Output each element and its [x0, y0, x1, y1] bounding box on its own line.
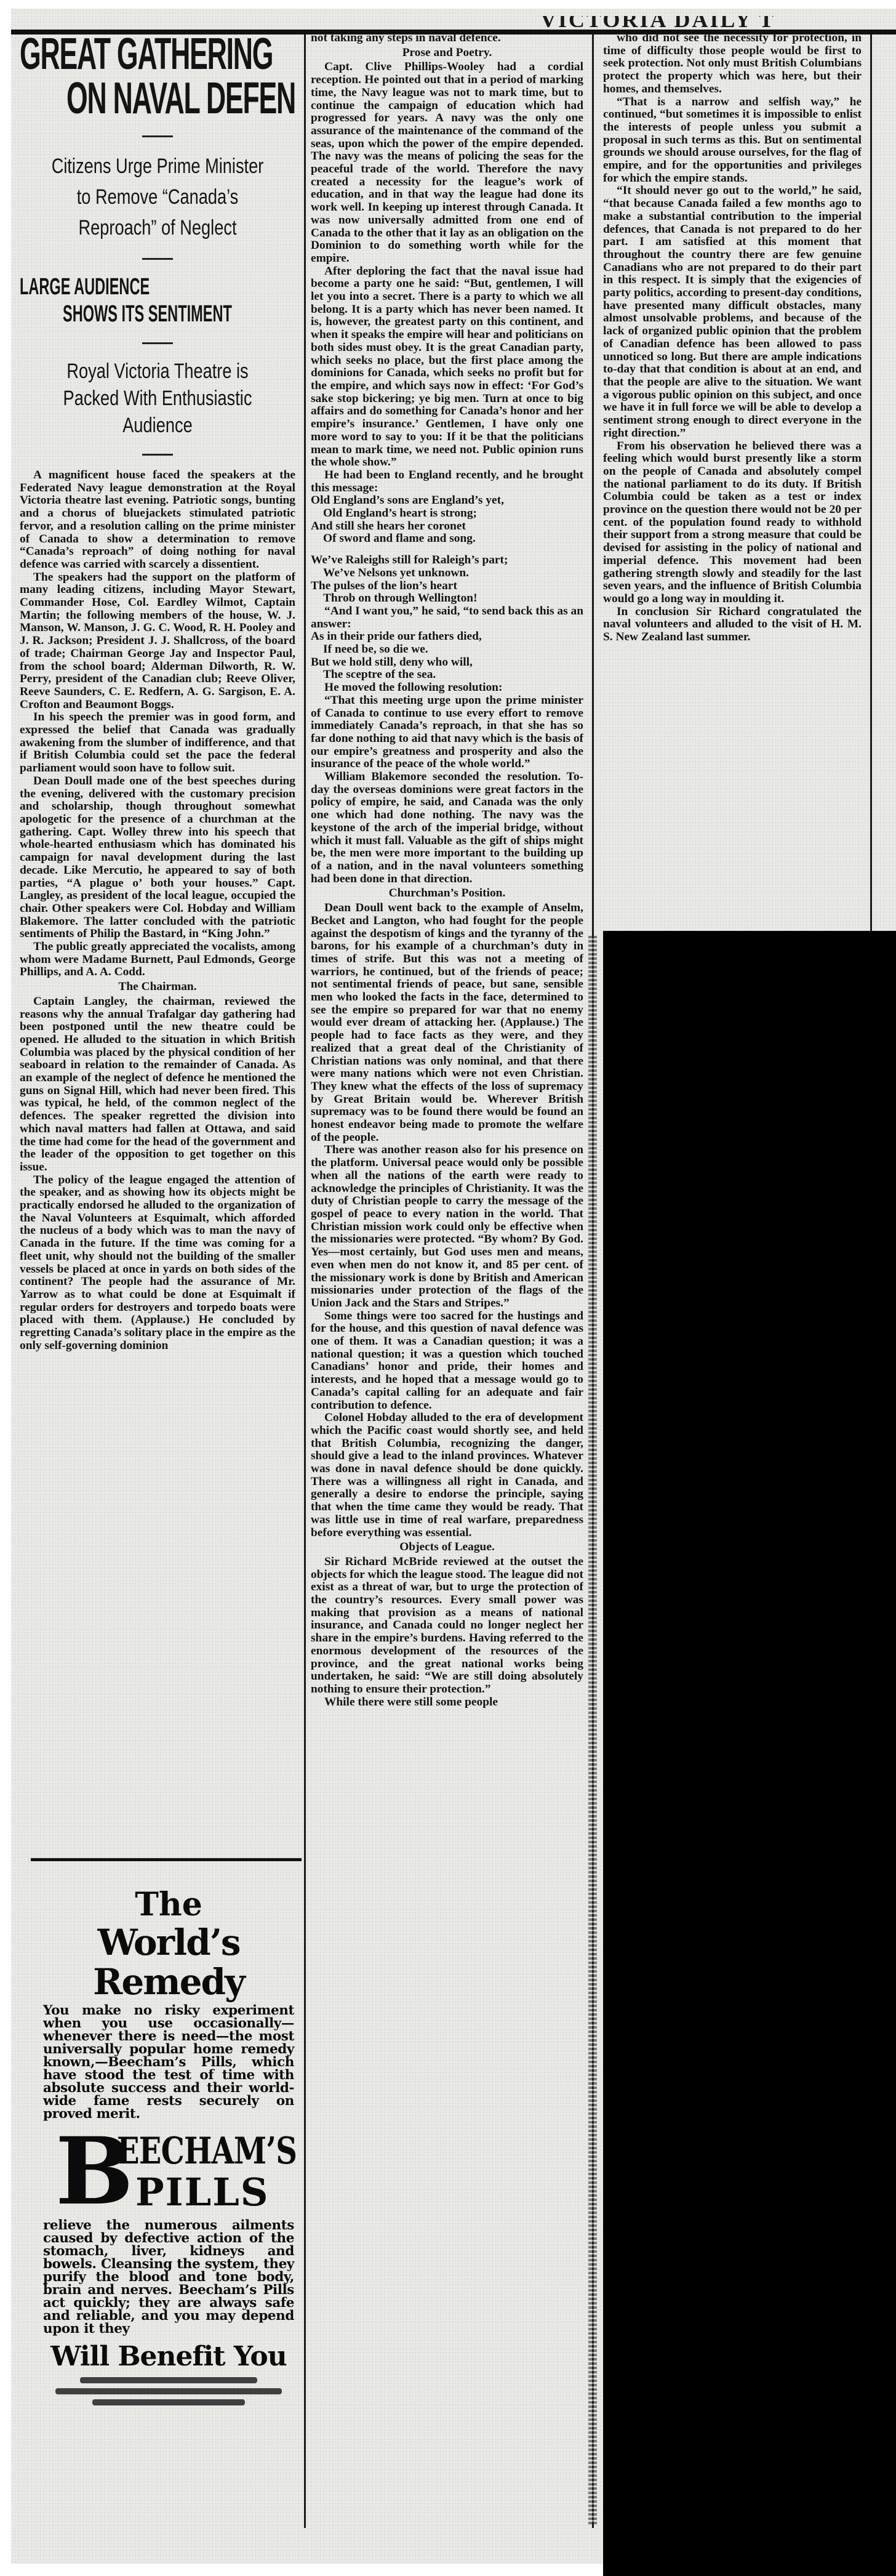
- verse-line: Of sword and flame and song.: [311, 533, 583, 545]
- ad-fine-print-illegible: [92, 2399, 245, 2405]
- ad-title-worlds-remedy: World’s Remedy: [43, 1923, 294, 2002]
- churchman-section: Dean Doull went back to the example of A…: [311, 902, 583, 1539]
- column-right: who did not see the necessity for protec…: [603, 32, 862, 943]
- ad-title-the: The: [43, 1887, 294, 1923]
- article-paragraph: He had been to England recently, and he …: [311, 469, 583, 494]
- headline: GREAT GATHERING ON NAVAL DEFENCE: [20, 32, 295, 121]
- article-paragraph: The speakers had the support on the plat…: [20, 571, 295, 712]
- headline-line-2: ON NAVAL DEFENCE: [66, 76, 295, 121]
- ad-intro: You make no risky experiment when you us…: [43, 2004, 294, 2120]
- article-paragraph: The public greatly appreciated the vocal…: [20, 941, 295, 979]
- verse-line: We’ve Raleighs still for Raleigh’s part;: [311, 554, 583, 567]
- subhead-churchmans-position: Churchman’s Position.: [311, 887, 583, 900]
- subhead-objects-of-league: Objects of League.: [311, 1541, 583, 1554]
- divider: [142, 135, 173, 137]
- article-paragraph: In his speech the premier was in good fo…: [20, 711, 295, 775]
- deck-citizens-urge: Citizens Urge Prime Minister to Remove “…: [47, 151, 268, 243]
- article-body-right: who did not see the necessity for protec…: [603, 32, 862, 644]
- subhead-prose-and-poetry: Prose and Poetry.: [311, 47, 583, 60]
- prose-section: Capt. Clive Phillips-Wooley had a cordia…: [311, 61, 583, 494]
- article-paragraph: who did not see the necessity for protec…: [603, 32, 862, 96]
- article-paragraph: A magnificent house faced the speakers a…: [20, 469, 295, 571]
- article-paragraph: He moved the following resolution:: [311, 682, 583, 694]
- beechams-pills-advertisement: The World’s Remedy You make no risky exp…: [43, 1875, 294, 2527]
- article-paragraph: In conclusion Sir Richard congratulated …: [603, 606, 862, 644]
- paragraph-continued: not taking any steps in naval defence.: [311, 32, 583, 45]
- article-paragraph: The policy of the league engaged the att…: [20, 1174, 295, 1353]
- divider: [142, 342, 173, 344]
- article-paragraph: After deploring the fact that the naval …: [311, 265, 583, 469]
- verse-line: But we hold still, deny who will,: [311, 656, 583, 669]
- article-paragraph: Captain Langley, the chairman, reviewed …: [20, 996, 295, 1174]
- ad-fine-print-illegible: [80, 2377, 257, 2383]
- verse-line: If need be, so die we.: [311, 643, 583, 656]
- deck-royal-victoria: Royal Victoria Theatre is Packed With En…: [47, 358, 268, 439]
- column-middle: not taking any steps in naval defence. P…: [311, 32, 583, 2544]
- ad-top-rule: [31, 1858, 302, 1861]
- article-body-left: A magnificent house faced the speakers a…: [20, 469, 295, 1353]
- deck-large-audience: LARGE AUDIENCE: [20, 273, 294, 300]
- article-paragraph: William Blakemore seconded the resolutio…: [311, 771, 583, 885]
- verse-line: Throb on through Wellington!: [311, 592, 583, 605]
- cropped-adjacent-column: [588, 936, 597, 2524]
- verse-2: We’ve Raleighs still for Raleigh’s part;…: [311, 554, 583, 605]
- article-paragraph: Sir Richard McBride reviewed at the outs…: [311, 1556, 583, 1696]
- black-redacted-area: [603, 931, 896, 2576]
- column-rule-3: [870, 34, 872, 931]
- article-paragraph: Colonel Hobday alluded to the era of dev…: [311, 1412, 583, 1539]
- column-left: GREAT GATHERING ON NAVAL DEFENCE Citizen…: [20, 32, 295, 1781]
- article-paragraph: There was another reason also for his pr…: [311, 1144, 583, 1310]
- objects-section: Sir Richard McBride reviewed at the outs…: [311, 1556, 583, 1709]
- article-paragraph: Dean Doull went back to the example of A…: [311, 902, 583, 1144]
- article-paragraph: “It should never go out to the world,” h…: [603, 185, 862, 440]
- deck-shows-sentiment: SHOWS ITS SENTIMENT: [63, 300, 295, 328]
- ad-fine-print-illegible: [55, 2388, 282, 2394]
- ad-brand-logo: B EECHAM’S PILLS: [43, 2129, 294, 2215]
- article-paragraph: While there were still some people: [311, 1696, 583, 1709]
- divider: [142, 454, 173, 456]
- subhead-the-chairman: The Chairman.: [20, 981, 295, 994]
- masthead: VICTORIA DAILY T: [540, 9, 885, 27]
- ad-brand-pills: PILLS: [135, 2173, 270, 2212]
- article-paragraph: Some things were too sacred for the hust…: [311, 1310, 583, 1412]
- article-paragraph: “That this meeting urge upon the prime m…: [311, 694, 583, 771]
- verse-line: The sceptre of the sea.: [311, 669, 583, 682]
- verse-line: Old England’s sons are England’s yet,: [311, 494, 583, 507]
- verse-line: The pulses of the lion’s heart: [311, 580, 583, 593]
- article-paragraph: From his observation he believed there w…: [603, 440, 862, 606]
- article-paragraph: Dean Doull made one of the best speeches…: [20, 775, 295, 941]
- verse-line: We’ve Nelsons yet unknown.: [311, 567, 583, 580]
- ad-tagline: Will Benefit You: [43, 2341, 294, 2372]
- article-paragraph: Capt. Clive Phillips-Wooley had a cordia…: [311, 61, 583, 265]
- article-paragraph: “That is a narrow and selfish way,” he c…: [603, 96, 862, 185]
- headline-line-1: GREAT GATHERING: [20, 32, 287, 76]
- verse-line: As in their pride our fathers died,: [311, 630, 583, 643]
- divider: [142, 258, 173, 260]
- resolution-section: He moved the following resolution:“That …: [311, 682, 583, 885]
- ad-brand-name: EECHAM’S: [117, 2133, 297, 2170]
- verse-line: And still she hears her coronet: [311, 520, 583, 533]
- ad-body: relieve the numerous ailments caused by …: [43, 2219, 294, 2335]
- verse-3: As in their pride our fathers died,If ne…: [311, 630, 583, 682]
- column-rule-1: [304, 34, 306, 2528]
- verse-1: Old England’s sons are England’s yet,Old…: [311, 494, 583, 545]
- verse-line: Old England’s heart is strong;: [311, 507, 583, 520]
- answer-intro: “And I want you,” he said, “to send back…: [311, 605, 583, 630]
